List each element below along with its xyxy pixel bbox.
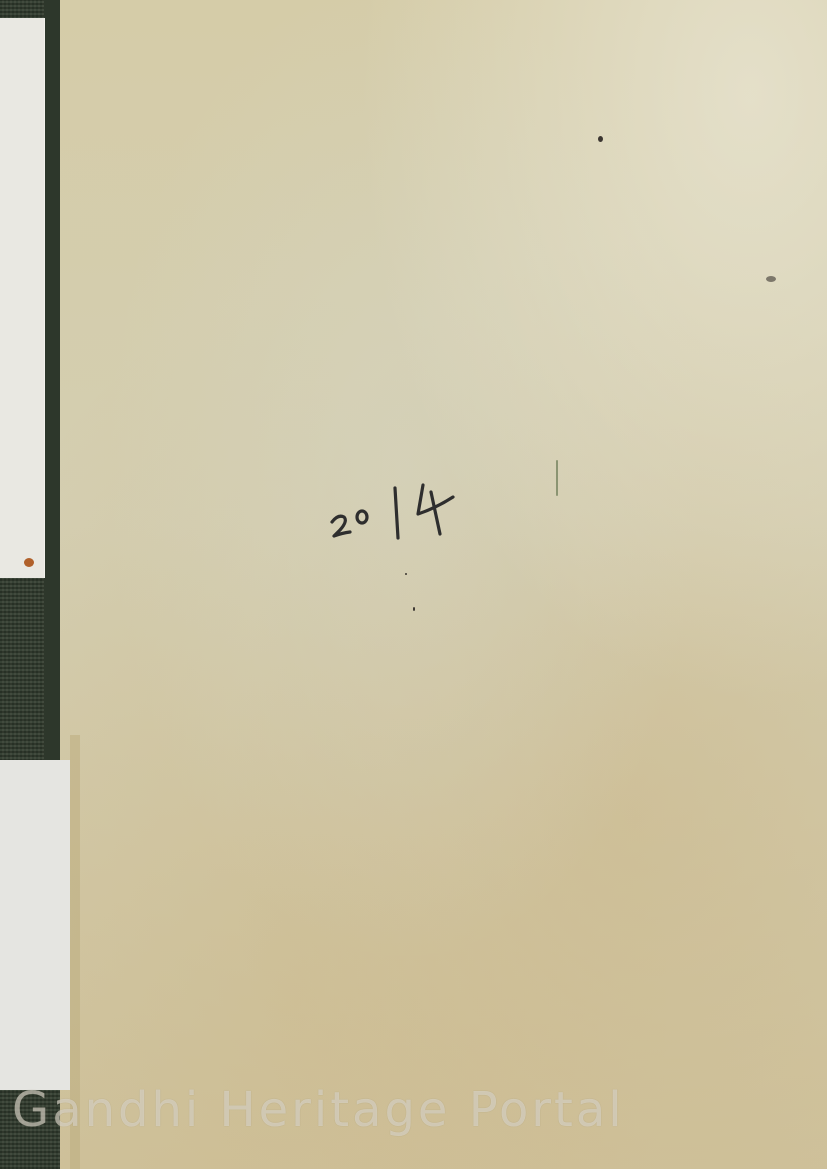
handwritten-year: 2014	[328, 470, 468, 545]
rust-stain	[24, 558, 34, 567]
watermark-text: Gandhi Heritage Portal	[12, 1082, 822, 1138]
ink-mark	[556, 460, 558, 496]
handwriting-icon	[328, 470, 468, 545]
ink-speck	[413, 607, 415, 611]
paper-strip-bottom	[0, 760, 70, 1090]
ink-speck	[405, 573, 407, 575]
back-cover-paper	[60, 0, 827, 1169]
ink-speck	[598, 136, 603, 142]
paper-strip-top	[0, 18, 44, 578]
ink-speck	[766, 276, 776, 282]
scanned-page: 2014 Gandhi Heritage Portal	[0, 0, 827, 1169]
